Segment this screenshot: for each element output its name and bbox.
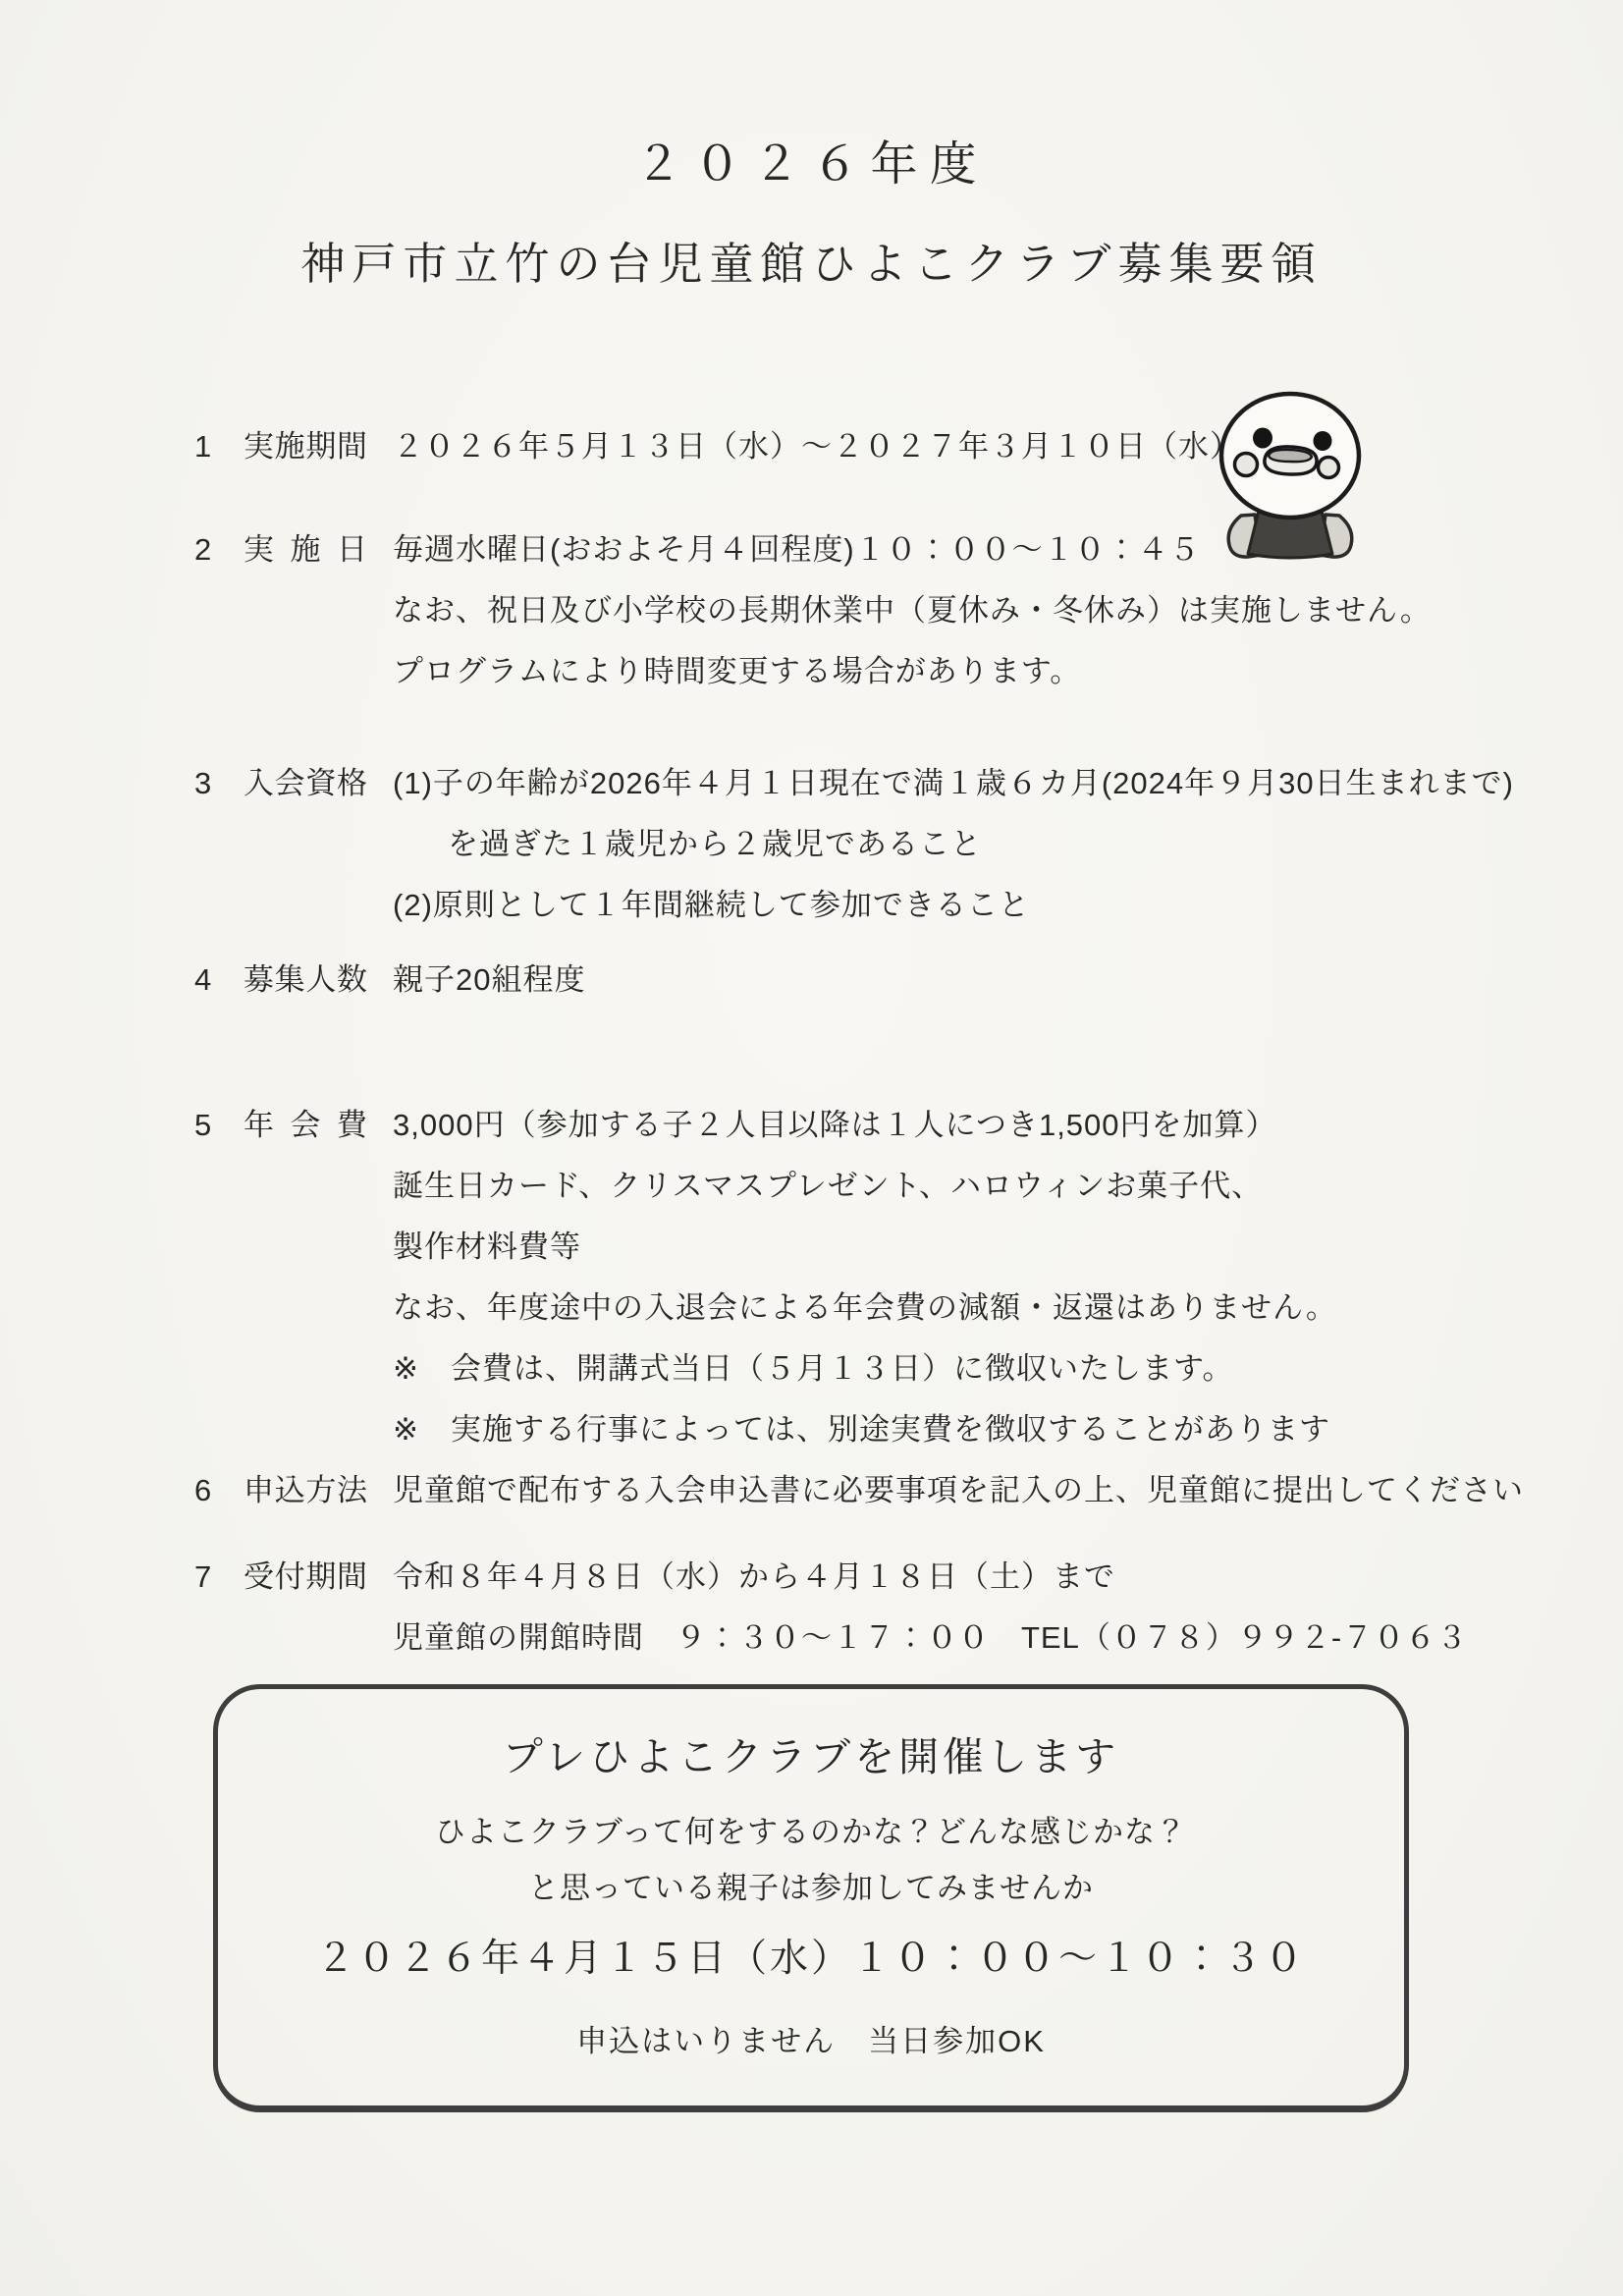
item-content: 3,000円（参加する子２人目以降は１人につき1,500円を加算） 誕生日カード… xyxy=(393,1095,1564,1460)
chick-icon xyxy=(1204,391,1377,566)
pre-club-datetime: ２０２６年４月１５日（水）１０：００～１０：３０ xyxy=(218,1934,1404,1985)
item-number: 6 xyxy=(194,1460,243,1521)
pre-club-intro-line1: ひよこクラブって何をするのかな？どんな感じかな？ xyxy=(218,1811,1404,1854)
item-line: 親子20組程度 xyxy=(393,950,1564,1011)
item-label: 年会費 xyxy=(243,1095,367,1156)
pre-club-title: プレひよこクラブを開催します xyxy=(218,1730,1404,1783)
item-number: 2 xyxy=(194,519,243,580)
item-number: 5 xyxy=(194,1095,243,1156)
item-content: 毎週水曜日(おおよそ月４回程度)１０：００～１０：４５ なお、祝日及び小学校の長… xyxy=(393,519,1564,702)
item-number: 3 xyxy=(194,753,243,814)
fiscal-year-title: ２０２６年度 xyxy=(0,0,1623,194)
item-number: 4 xyxy=(194,950,243,1011)
item-capacity: 4 募集人数 親子20組程度 xyxy=(194,950,1564,1011)
items-list: 1 実施期間 ２０２６年５月１３日（水）～２０２７年３月１０日（水） 2 実施日… xyxy=(194,416,1564,1668)
item-label: 受付期間 xyxy=(243,1547,367,1608)
item-reception-period: 7 受付期間 令和８年４月８日（水）から４月１８日（土）まで 児童館の開館時間 … xyxy=(194,1547,1564,1668)
item-line: ※ 会費は、開講式当日（５月１３日）に徴収いたします。 xyxy=(393,1339,1564,1399)
item-line: なお、祝日及び小学校の長期休業中（夏休み・冬休み）は実施しません。 xyxy=(393,580,1564,641)
item-line: プログラムにより時間変更する場合があります。 xyxy=(393,641,1564,702)
pre-hiyoko-club-box: プレひよこクラブを開催します ひよこクラブって何をするのかな？どんな感じかな？ … xyxy=(213,1684,1409,2112)
item-line: 毎週水曜日(おおよそ月４回程度)１０：００～１０：４５ xyxy=(393,519,1564,580)
item-label: 募集人数 xyxy=(243,950,367,1011)
item-line: 児童館で配布する入会申込書に必要事項を記入の上、児童館に提出してください xyxy=(393,1460,1564,1521)
item-number: 7 xyxy=(194,1547,243,1608)
pre-club-note: 申込はいりません 当日参加OK xyxy=(218,2020,1404,2063)
document-page: ２０２６年度 神戸市立竹の台児童館ひよこクラブ募集要領 1 実施期間 ２０２６年… xyxy=(0,0,1623,2296)
item-line: 製作材料費等 xyxy=(393,1217,1564,1278)
item-label: 申込方法 xyxy=(243,1460,367,1521)
item-annual-fee: 5 年会費 3,000円（参加する子２人目以降は１人につき1,500円を加算） … xyxy=(194,1095,1564,1460)
item-label: 入会資格 xyxy=(243,753,367,814)
item-label: 実施日 xyxy=(243,519,367,580)
item-line: 誕生日カード、クリスマスプレゼント、ハロウィンお菓子代、 xyxy=(393,1156,1564,1217)
item-label: 実施期間 xyxy=(243,416,367,477)
item-line: を過ぎた１歳児から２歳児であること xyxy=(448,814,1564,875)
item-application-method: 6 申込方法 児童館で配布する入会申込書に必要事項を記入の上、児童館に提出してく… xyxy=(194,1460,1564,1521)
item-number: 1 xyxy=(194,416,243,477)
item-content: (1)子の年齢が2026年４月１日現在で満１歳６カ月(2024年９月30日生まれ… xyxy=(393,753,1564,936)
item-content: 児童館で配布する入会申込書に必要事項を記入の上、児童館に提出してください xyxy=(393,1460,1564,1521)
document-title: 神戸市立竹の台児童館ひよこクラブ募集要領 xyxy=(0,236,1623,293)
item-line: (1)子の年齢が2026年４月１日現在で満１歳６カ月(2024年９月30日生まれ… xyxy=(393,753,1564,814)
item-line: ※ 実施する行事によっては、別途実費を徴収することがあります xyxy=(393,1399,1564,1460)
item-line: 令和８年４月８日（水）から４月１８日（土）まで xyxy=(393,1547,1564,1608)
item-line: 児童館の開館時間 ９：３０～１７：００ TEL（０７８）９９２-７０６３ xyxy=(393,1608,1564,1668)
item-line: 3,000円（参加する子２人目以降は１人につき1,500円を加算） xyxy=(393,1095,1564,1156)
item-line: (2)原則として１年間継続して参加できること xyxy=(393,875,1564,936)
item-eligibility: 3 入会資格 (1)子の年齢が2026年４月１日現在で満１歳６カ月(2024年９… xyxy=(194,753,1564,936)
item-content: ２０２６年５月１３日（水）～２０２７年３月１０日（水） xyxy=(393,416,1564,477)
item-content: 令和８年４月８日（水）から４月１８日（土）まで 児童館の開館時間 ９：３０～１７… xyxy=(393,1547,1564,1668)
item-line: なお、年度途中の入退会による年会費の減額・返還はありません。 xyxy=(393,1278,1564,1339)
pre-club-intro-line2: と思っている親子は参加してみませんか xyxy=(218,1867,1404,1910)
item-content: 親子20組程度 xyxy=(393,950,1564,1011)
item-line: ２０２６年５月１３日（水）～２０２７年３月１０日（水） xyxy=(393,416,1564,477)
